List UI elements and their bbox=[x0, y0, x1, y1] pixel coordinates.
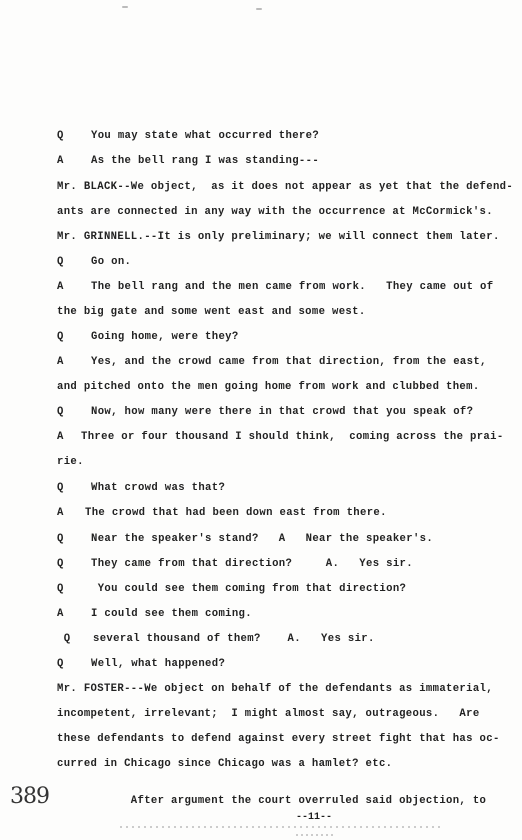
transcript-line: After argument the court overruled said … bbox=[57, 795, 486, 807]
transcript-line: Q You could see them coming from that di… bbox=[57, 583, 406, 595]
transcript-line: AThe bell rang and the men came from wor… bbox=[57, 281, 493, 293]
transcript-line: incompetent, irrelevant; I might almost … bbox=[57, 708, 480, 720]
transcript-line: Mr. FOSTER---We object on behalf of the … bbox=[57, 683, 493, 695]
transcript-line: AI could see them coming. bbox=[57, 608, 252, 620]
transcript-line: rie. bbox=[57, 456, 84, 468]
transcript-line: these defendants to defend against every… bbox=[57, 733, 500, 745]
transcript-line: QThey came from that direction? A. Yes s… bbox=[57, 558, 413, 570]
transcript-line: QGoing home, were they? bbox=[57, 331, 239, 343]
transcript-line: QWell, what happened? bbox=[57, 658, 225, 670]
transcript-line: AAs the bell rang I was standing--- bbox=[57, 155, 319, 167]
transcript-line: QWhat crowd was that? bbox=[57, 482, 225, 494]
transcript-line: and pitched onto the men going home from… bbox=[57, 381, 480, 393]
transcript-line: QNow, how many were there in that crowd … bbox=[57, 406, 473, 418]
handwritten-margin-number: 389 bbox=[10, 784, 49, 809]
transcript-line: QYou may state what occurred there? bbox=[57, 130, 319, 142]
scan-speck bbox=[122, 6, 128, 8]
transcript-line: QGo on. bbox=[57, 256, 131, 268]
transcript-line: AThe crowd that had been down east from … bbox=[57, 507, 387, 519]
transcript-line: Qseveral thousand of them? A. Yes sir. bbox=[57, 633, 375, 645]
scan-speck bbox=[256, 8, 262, 10]
transcript-line: QNear the speaker's stand? A Near the sp… bbox=[57, 533, 433, 545]
transcript-line: curred in Chicago since Chicago was a ha… bbox=[57, 758, 392, 770]
transcript-line: Mr. BLACK--We object, as it does not app… bbox=[57, 181, 513, 193]
transcript-page: QYou may state what occurred there? AAs … bbox=[0, 0, 522, 840]
page-number: --11-- bbox=[296, 812, 332, 823]
transcript-line: Mr. GRINNELL.--It is only preliminary; w… bbox=[57, 231, 500, 243]
transcript-line: ants are connected in any way with the o… bbox=[57, 206, 493, 218]
transcript-line: AYes, and the crowd came from that direc… bbox=[57, 356, 487, 368]
bleed-through-text bbox=[296, 834, 336, 836]
bleed-through-text bbox=[120, 826, 440, 828]
transcript-line: AThree or four thousand I should think, … bbox=[57, 431, 504, 443]
transcript-line: the big gate and some went east and some… bbox=[57, 306, 366, 318]
